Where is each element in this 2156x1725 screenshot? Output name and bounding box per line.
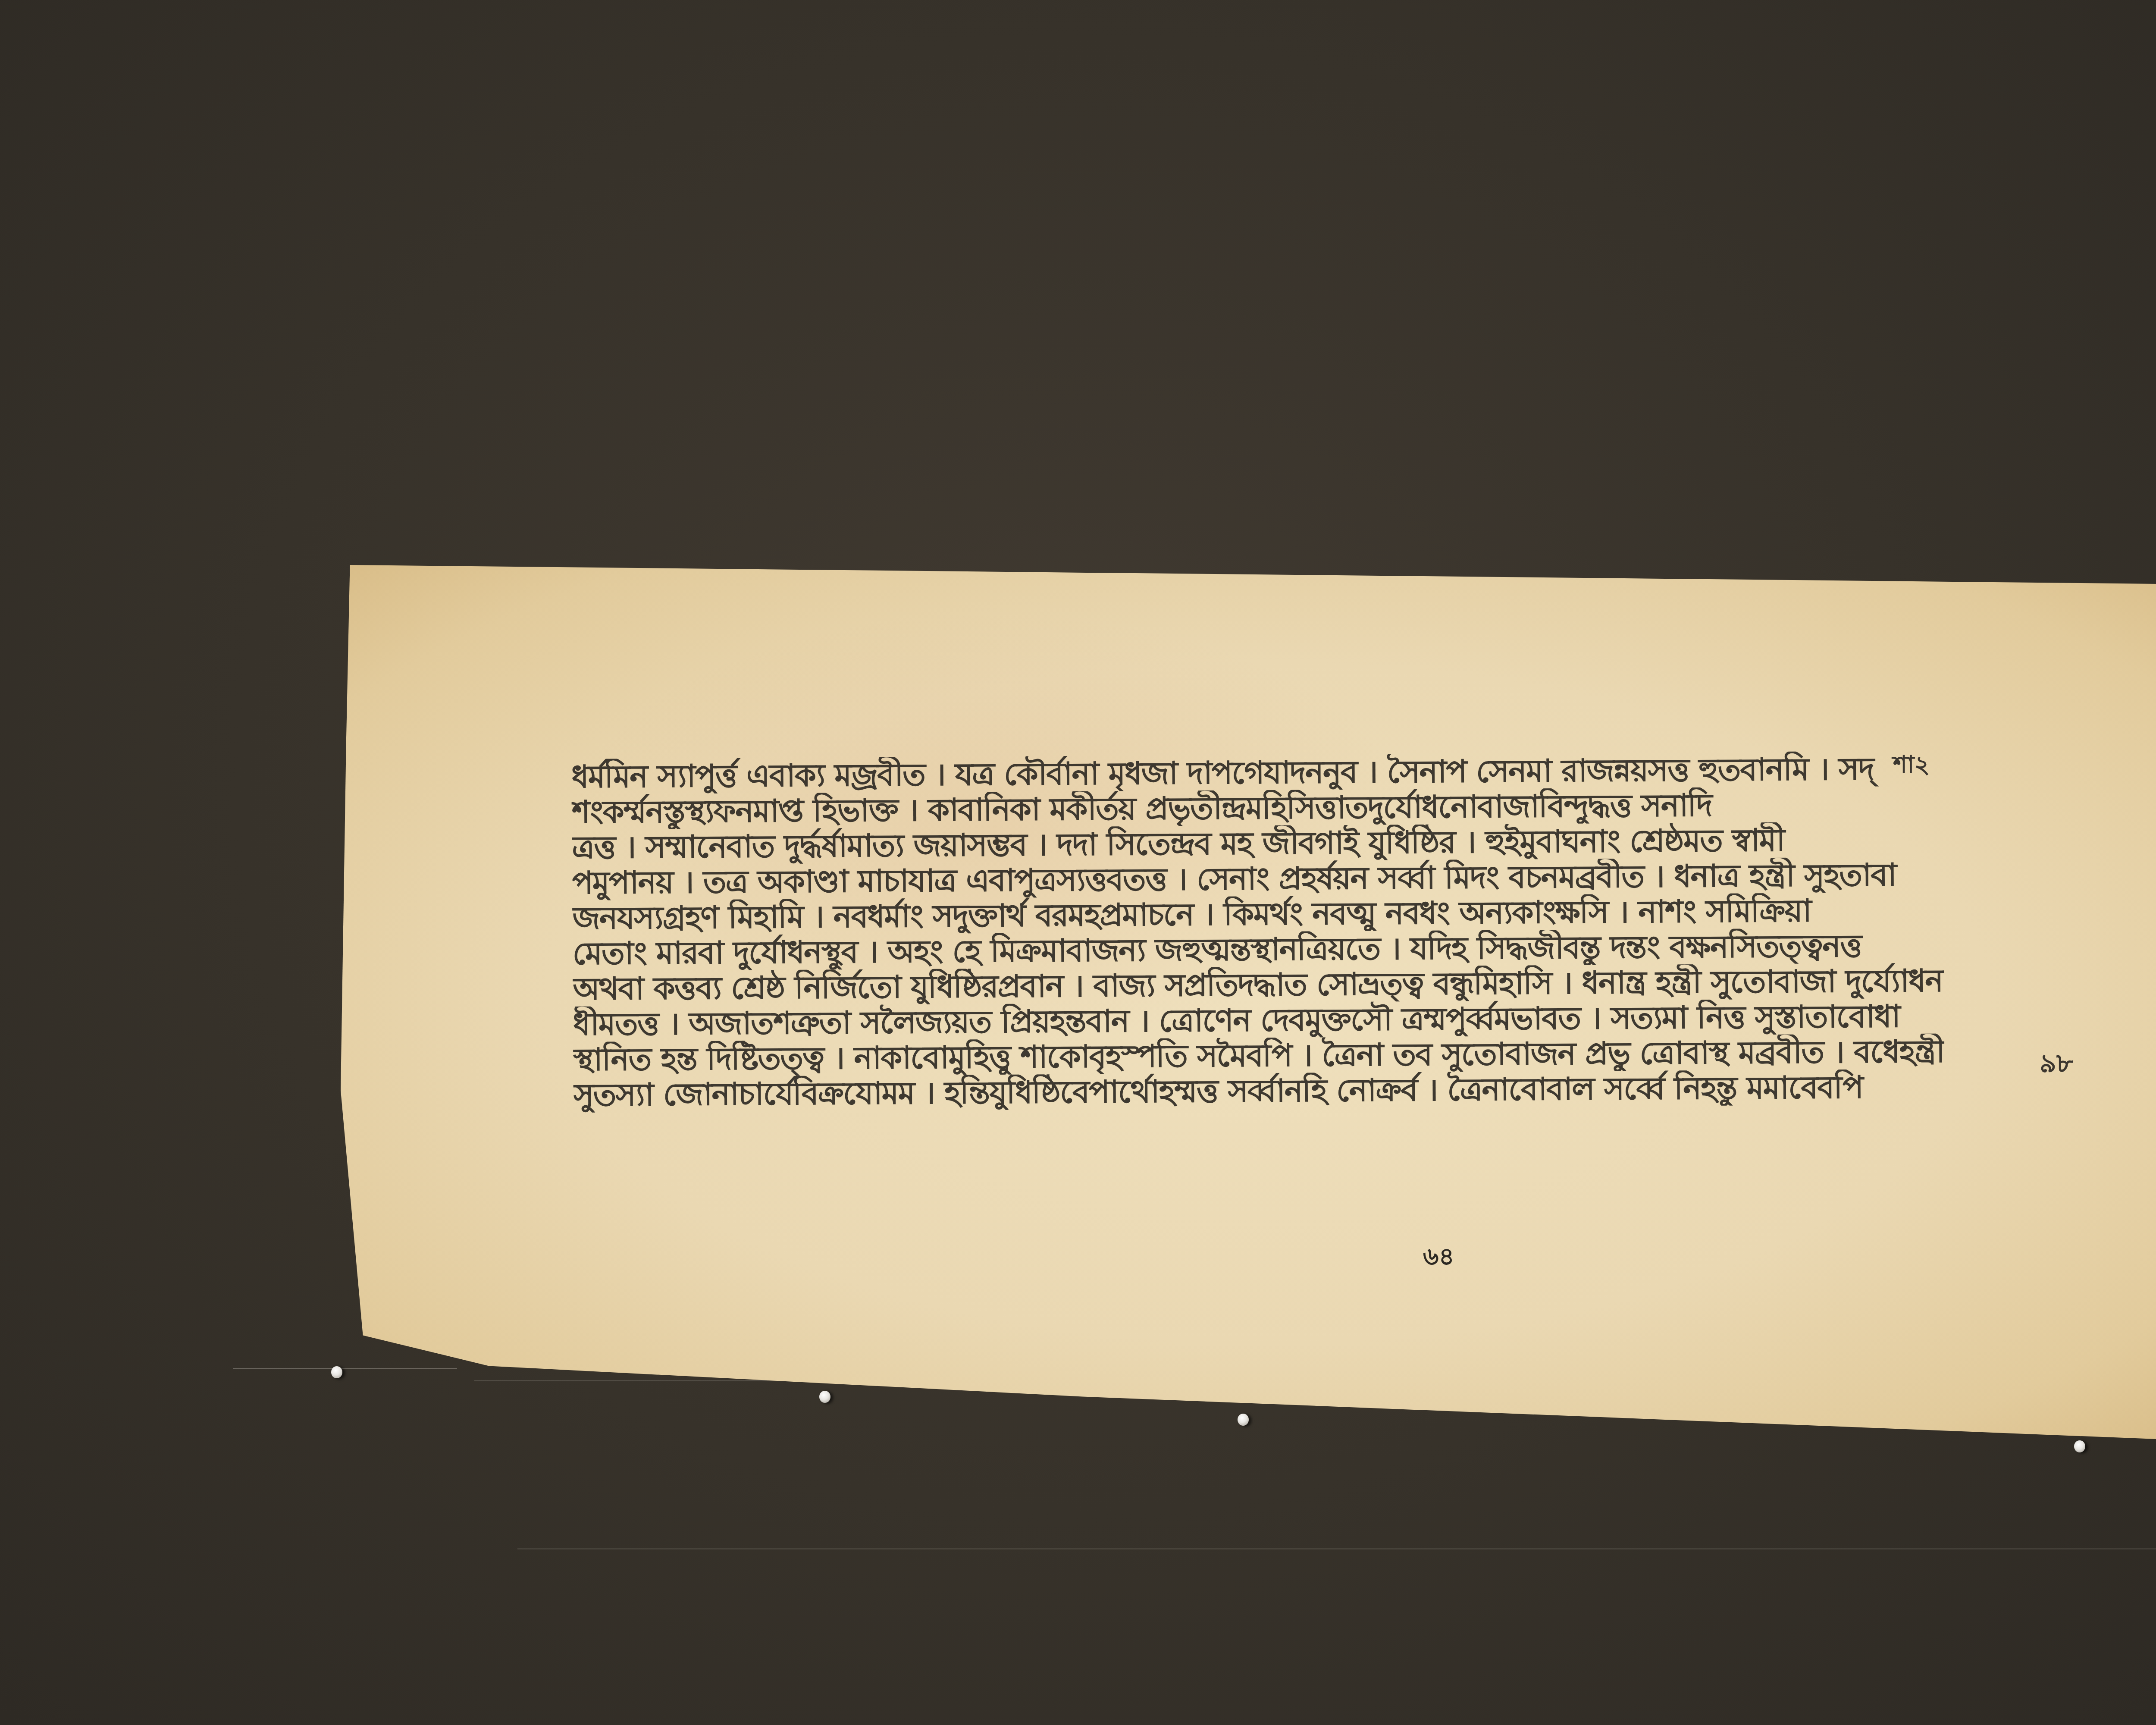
manuscript-text: ধর্মমিন স্যাপুর্ত্ত এবাক্য মজ্রবীত । যত্… <box>571 751 1945 1113</box>
backing-board-crease <box>517 1548 2156 1549</box>
mounting-pin <box>331 1366 342 1378</box>
folio-mark-right: ৯৮ <box>2040 1044 2073 1087</box>
manuscript-leaf: শা২ ধর্মমিন স্যাপুর্ত্ত এবাক্য মজ্রবীত ।… <box>341 565 2156 1440</box>
mounting-pin <box>2074 1440 2085 1452</box>
folio-mark-bottom: ৬৪ <box>1423 1238 1454 1278</box>
backing-board-crease <box>233 1368 457 1369</box>
mounting-pin <box>819 1391 830 1403</box>
mounting-pin <box>1238 1414 1249 1426</box>
